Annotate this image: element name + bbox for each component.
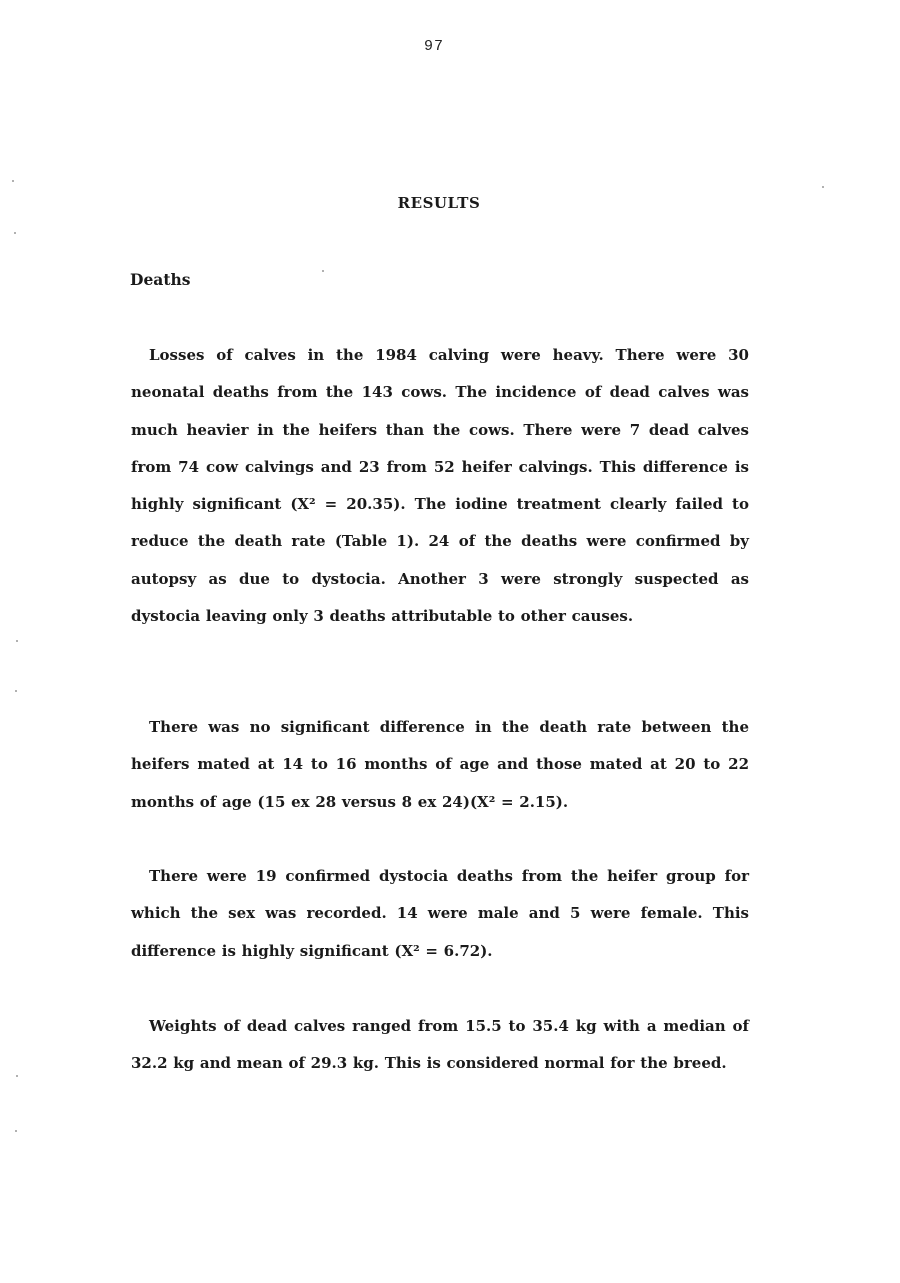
scan-speck <box>322 270 324 272</box>
scan-speck <box>12 180 14 182</box>
paragraph-dystocia-sex: There were 19 confirmed dystocia deaths … <box>131 858 749 970</box>
paragraph-mating-age: There was no significant difference in t… <box>131 709 749 821</box>
scan-speck <box>822 186 824 188</box>
page-number: 97 <box>0 38 868 55</box>
paragraph-calf-losses: Losses of calves in the 1984 calving wer… <box>131 337 749 635</box>
subheading-deaths: Deaths <box>130 270 191 289</box>
scan-speck <box>14 232 16 234</box>
scan-speck <box>15 1130 17 1132</box>
scan-speck <box>15 690 17 692</box>
scan-speck <box>16 640 18 642</box>
paragraph-calf-weights: Weights of dead calves ranged from 15.5 … <box>131 1008 749 1083</box>
section-title: RESULTS <box>0 194 878 212</box>
scan-speck <box>16 1075 18 1077</box>
